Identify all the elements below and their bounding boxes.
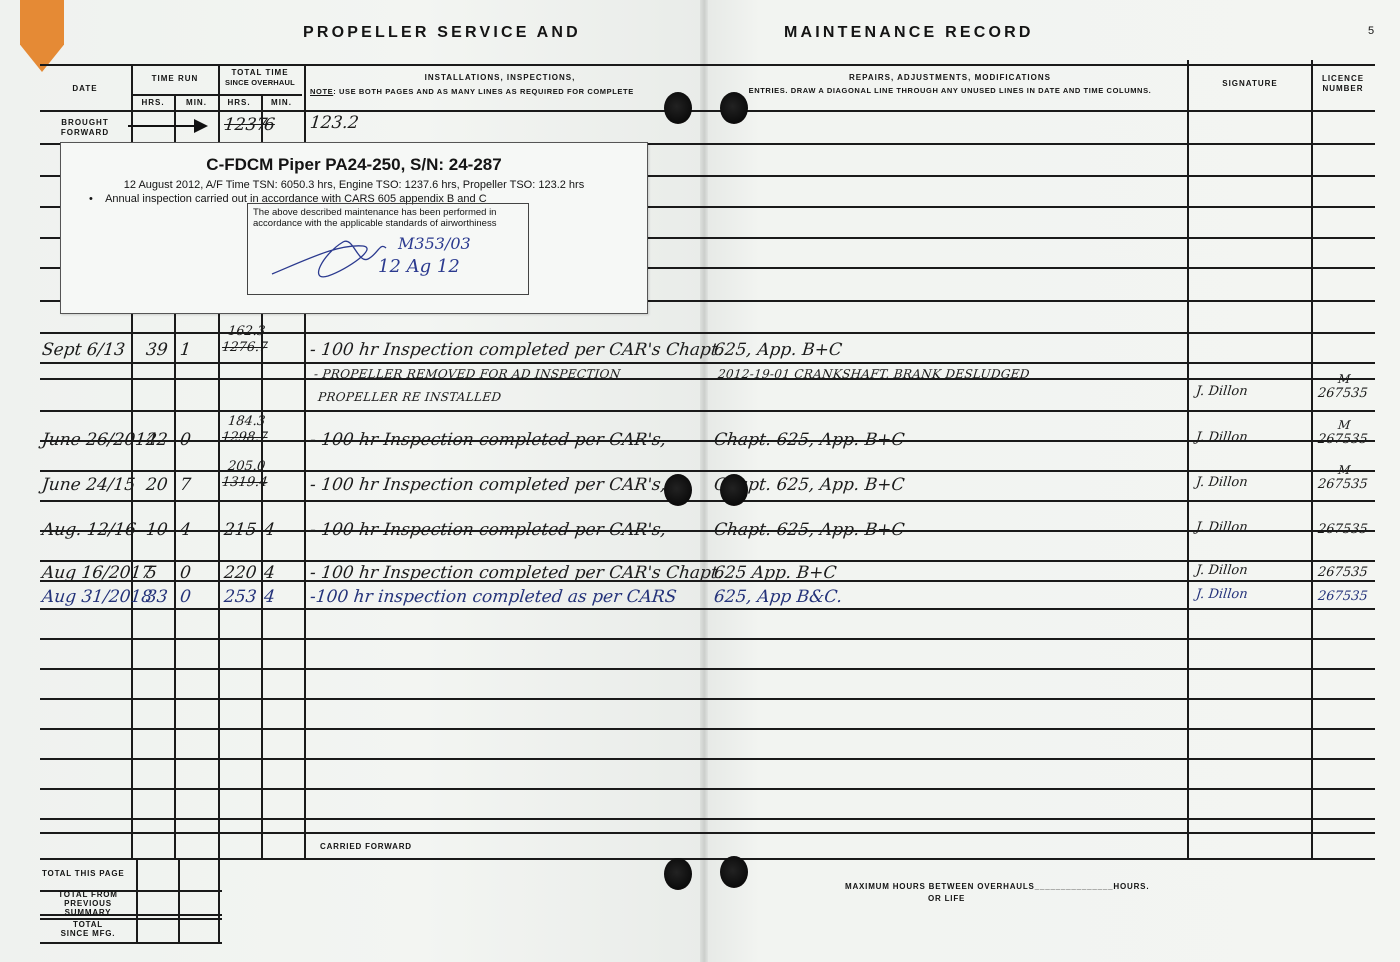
entry-signature: J. Dillon bbox=[1195, 430, 1248, 445]
entry-description-continued: 625, App. B+C bbox=[713, 340, 843, 360]
entry-tso-corrected: 184.3 bbox=[227, 414, 266, 429]
entry-description: - 100 hr Inspection completed per CAR's … bbox=[309, 340, 724, 360]
header-repairs: REPAIRS, ADJUSTMENTS, MODIFICATIONS bbox=[720, 73, 1180, 83]
header-tso-min: MIN. bbox=[261, 98, 302, 108]
total-since-line2: SINCE MFG. bbox=[40, 929, 136, 938]
entry-tso-min: 4 bbox=[263, 587, 276, 607]
entry-run-min: 0 bbox=[179, 563, 192, 583]
entry-tso-struck: 1276.7 bbox=[221, 340, 268, 355]
column-line bbox=[1311, 60, 1313, 858]
signature-scribble-icon bbox=[268, 234, 388, 284]
entry-description: -100 hr inspection completed as per CARS bbox=[309, 587, 678, 607]
header-licence: LICENCENUMBER bbox=[1312, 74, 1374, 94]
entry-tso-hrs: 215 bbox=[223, 520, 258, 540]
binder-hole bbox=[664, 858, 692, 890]
column-line bbox=[1187, 60, 1189, 858]
entry-description-continued: 625, App B&C. bbox=[713, 587, 843, 607]
entry-run-hrs: 39 bbox=[145, 340, 169, 360]
entry-run-min: 0 bbox=[179, 430, 192, 450]
entry-description: - 100 hr Inspection completed per CAR's, bbox=[309, 520, 667, 540]
entry-licence-suffix: M bbox=[1337, 418, 1351, 432]
entry-date: Sept 6/13 bbox=[41, 340, 126, 360]
carried-forward-label: CARRIED FORWARD bbox=[320, 842, 412, 851]
entry-tso-min: 4 bbox=[263, 563, 276, 583]
rule-line bbox=[40, 832, 1375, 834]
header-since-overhaul: SINCE OVERHAUL bbox=[218, 78, 302, 88]
sticker-heading: C-FDCM Piper PA24-250, S/N: 24-287 bbox=[61, 155, 647, 175]
note-label: NOTE bbox=[310, 87, 333, 96]
entry-tso-hrs: 253 bbox=[223, 587, 258, 607]
entry-tso-corrected: 162.3 bbox=[227, 324, 266, 339]
entry-tso-hrs: 220 bbox=[223, 563, 258, 583]
header-run-hrs: HRS. bbox=[132, 98, 174, 108]
total-this-page-label: TOTAL THIS PAGE bbox=[42, 869, 125, 878]
entry-licence-number: 267535 bbox=[1317, 565, 1368, 580]
header-total-time: TOTAL TIME bbox=[218, 68, 302, 78]
page-number: 5 bbox=[1368, 25, 1374, 37]
rule-line bbox=[40, 788, 1375, 790]
binder-hole bbox=[664, 474, 692, 506]
note-text: : USE BOTH PAGES AND AS MANY LINES AS RE… bbox=[333, 87, 634, 96]
total-since-line1: TOTAL bbox=[40, 920, 136, 929]
header-entries-note: ENTRIES. DRAW A DIAGONAL LINE THROUGH AN… bbox=[715, 86, 1185, 96]
rule-line bbox=[40, 758, 1375, 760]
entry-description: - 100 hr Inspection completed per CAR's, bbox=[309, 430, 667, 450]
binder-hole bbox=[720, 474, 748, 506]
entry-signature: J. Dillon bbox=[1195, 563, 1248, 578]
sticker-signature-note: M353/03 bbox=[398, 234, 471, 253]
column-line bbox=[178, 858, 180, 942]
bf-note: 123.2 bbox=[309, 113, 360, 133]
arrow-right-icon bbox=[194, 119, 208, 133]
binder-hole bbox=[664, 92, 692, 124]
header-tso-hrs: HRS. bbox=[218, 98, 260, 108]
entry-signature: J. Dillon bbox=[1195, 384, 1248, 399]
header-date: DATE bbox=[40, 84, 130, 94]
header-installations: INSTALLATIONS, INSPECTIONS, bbox=[305, 73, 695, 83]
brought-forward-label: BROUGHTFORWARD bbox=[40, 118, 130, 138]
entry-signature: J. Dillon bbox=[1195, 475, 1248, 490]
entry-run-hrs: 33 bbox=[145, 587, 169, 607]
entry-run-min: 0 bbox=[179, 587, 192, 607]
entry-tso-min: 4 bbox=[263, 520, 276, 540]
rule-line bbox=[40, 378, 1375, 380]
entry-licence-number: 267535 bbox=[1317, 589, 1368, 604]
total-from-label: TOTAL FROMPREVIOUS SUMMARY bbox=[40, 890, 136, 917]
entry-date: Aug 31/2018 bbox=[41, 587, 153, 607]
entry-date: Aug 16/2017 bbox=[41, 563, 153, 583]
rule-line bbox=[40, 608, 1375, 610]
entry-run-hrs: 22 bbox=[145, 430, 169, 450]
sticker-signature-date: 12 Ag 12 bbox=[378, 256, 460, 277]
entry-tso-corrected: 205.0 bbox=[227, 459, 266, 474]
entry-description-continued: Chapt. 625, App. B+C bbox=[713, 520, 906, 540]
entry-extra-line: PROPELLER RE INSTALLED bbox=[317, 390, 502, 404]
header-licence-line1: LICENCE bbox=[1312, 74, 1374, 84]
entry-signature: J. Dillon bbox=[1195, 587, 1248, 602]
bf-line2: FORWARD bbox=[40, 128, 130, 138]
rule-line bbox=[40, 638, 1375, 640]
entry-tso-struck: 1298.7 bbox=[221, 430, 268, 445]
rule-line bbox=[40, 858, 1375, 860]
total-from-line1: TOTAL FROM bbox=[40, 890, 136, 899]
rule-line bbox=[40, 362, 1375, 364]
entry-licence-number: 267535 bbox=[1317, 432, 1368, 447]
column-line bbox=[136, 858, 138, 942]
entry-run-hrs: 20 bbox=[145, 475, 169, 495]
rule-line bbox=[40, 560, 1375, 562]
rule-line bbox=[40, 410, 1375, 412]
entry-description-continued: 625 App. B+C bbox=[713, 563, 838, 583]
entry-date: June 26/2014 bbox=[41, 430, 158, 450]
certification-text: The above described maintenance has been… bbox=[253, 207, 523, 229]
bf-tso-hrs: 1237 bbox=[223, 115, 268, 135]
entry-licence-number: 267535 bbox=[1317, 386, 1368, 401]
entry-licence-number: 267535 bbox=[1317, 522, 1368, 537]
bf-line1: BROUGHT bbox=[40, 118, 130, 128]
rule-line bbox=[40, 728, 1375, 730]
rule-line bbox=[40, 942, 222, 944]
entry-licence-number: 267535 bbox=[1317, 477, 1368, 492]
binder-hole bbox=[720, 856, 748, 888]
entry-run-min: 4 bbox=[179, 520, 192, 540]
entry-run-hrs: 5 bbox=[145, 563, 158, 583]
rule-line bbox=[40, 500, 1375, 502]
entry-run-min: 7 bbox=[179, 475, 192, 495]
entry-run-hrs: 10 bbox=[145, 520, 169, 540]
entry-description: - 100 hr Inspection completed per CAR's … bbox=[309, 563, 724, 583]
bf-tso-min: 6 bbox=[263, 115, 276, 135]
entry-licence-suffix: M bbox=[1337, 463, 1351, 477]
rule-line bbox=[40, 668, 1375, 670]
rule-line bbox=[40, 64, 1375, 66]
entry-licence-suffix: M bbox=[1337, 372, 1351, 386]
rule-line bbox=[40, 110, 1375, 112]
rule-line bbox=[132, 94, 302, 96]
entry-description-continued: Chapt. 625, App. B+C bbox=[713, 430, 906, 450]
header-time-run: TIME RUN bbox=[132, 74, 218, 84]
entry-date: June 24/15 bbox=[41, 475, 136, 495]
arrow-shaft bbox=[128, 125, 196, 127]
entry-description: - 100 hr Inspection completed per CAR's, bbox=[309, 475, 667, 495]
header-licence-line2: NUMBER bbox=[1312, 84, 1374, 94]
sticker-subline: 12 August 2012, A/F Time TSN: 6050.3 hrs… bbox=[61, 179, 647, 191]
title-left: PROPELLER SERVICE AND bbox=[303, 24, 581, 42]
entry-run-min: 1 bbox=[179, 340, 192, 360]
entry-extra-line: 2012-19-01 CRANKSHAFT, BRANK DESLUDGED bbox=[717, 367, 1030, 381]
header-note: NOTE: USE BOTH PAGES AND AS MANY LINES A… bbox=[310, 87, 634, 97]
entry-signature: J. Dillon bbox=[1195, 520, 1248, 535]
entry-tso-struck: 1319.4 bbox=[221, 475, 268, 490]
entry-date: Aug. 12/16 bbox=[41, 520, 137, 540]
rule-line bbox=[40, 698, 1375, 700]
header-run-min: MIN. bbox=[175, 98, 218, 108]
total-since-label: TOTALSINCE MFG. bbox=[40, 920, 136, 938]
header-signature: SIGNATURE bbox=[1190, 79, 1310, 89]
entry-extra-line: - PROPELLER REMOVED FOR AD INSPECTION bbox=[313, 367, 621, 381]
or-life-label: OR LIFE bbox=[928, 894, 965, 903]
binder-hole bbox=[720, 92, 748, 124]
title-right: MAINTENANCE RECORD bbox=[784, 24, 1034, 42]
total-from-line2: PREVIOUS SUMMARY bbox=[40, 899, 136, 917]
inspection-sticker: C-FDCM Piper PA24-250, S/N: 24-287 12 Au… bbox=[60, 142, 648, 314]
max-hours-label: MAXIMUM HOURS BETWEEN OVERHAULS_________… bbox=[845, 882, 1149, 891]
certification-box: The above described maintenance has been… bbox=[247, 203, 529, 295]
rule-line bbox=[40, 818, 1375, 820]
